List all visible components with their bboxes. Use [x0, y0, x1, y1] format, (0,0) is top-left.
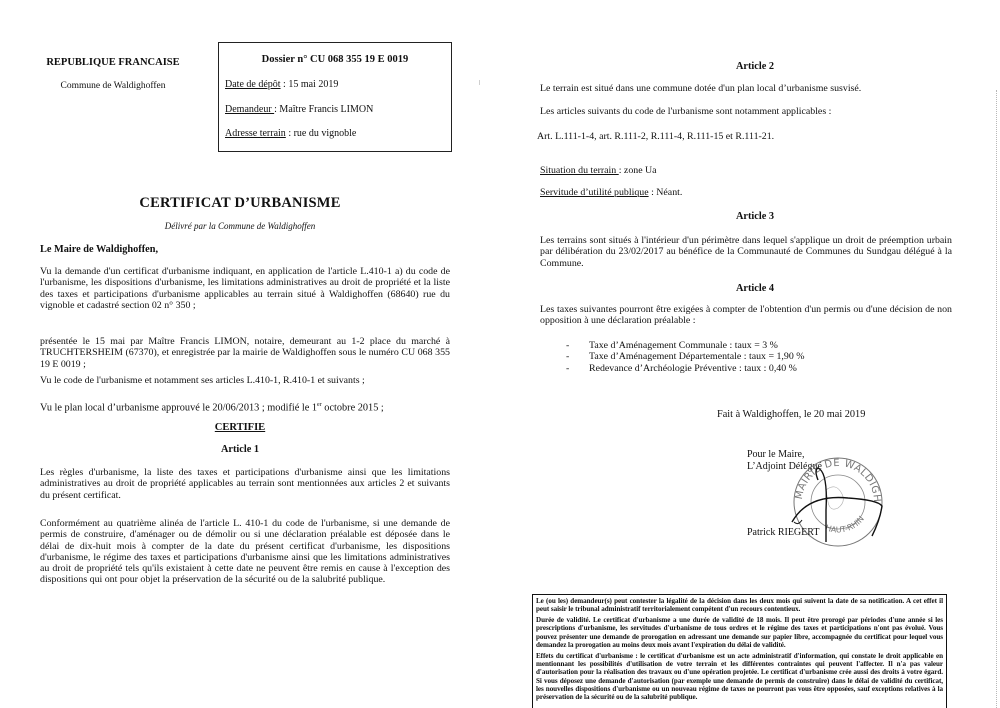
list-dash: -: [566, 363, 569, 374]
article-3-heading: Article 3: [520, 211, 990, 222]
tax-item-text: Taxe d’Aménagement Départementale : taux…: [589, 351, 804, 362]
address-value: : rue du vignoble: [286, 128, 357, 139]
article-4-heading: Article 4: [520, 283, 990, 294]
article-2-line-3: Art. L.111-1-4, art. R.111-2, R.111-4, R…: [537, 131, 949, 142]
republic-heading: REPUBLIQUE FRANCAISE: [43, 57, 183, 68]
appeal-notice: Le (ou les) demandeur(s) peut contester …: [536, 597, 943, 614]
tax-item: -Taxe d’Aménagement Départementale : tau…: [566, 351, 926, 362]
scan-edge-line: [996, 90, 997, 708]
svg-text:HAUT-RHIN: HAUT-RHIN: [824, 514, 866, 534]
paragraph-request: Vu la demande d'un certificat d'urbanism…: [40, 266, 450, 311]
list-dash: -: [566, 340, 569, 351]
validity-label: Durée de validité.: [536, 616, 590, 624]
site-situation-label: Situation du terrain: [540, 165, 619, 176]
paragraph-code: Vu le code de l'urbanisme et notamment s…: [40, 375, 450, 386]
scan-mark: [479, 80, 480, 85]
tax-list: -Taxe d’Aménagement Communale : taux = 3…: [566, 340, 926, 374]
address-row: Adresse terrain : rue du vignoble: [225, 128, 356, 139]
dossier-info-box: Dossier n° CU 068 355 19 E 0019 Date de …: [218, 42, 452, 152]
mayor-heading: Le Maire de Waldighoffen,: [40, 244, 450, 255]
article-1-heading: Article 1: [0, 444, 480, 455]
applicant-value: : Maître Francis LIMON: [274, 104, 373, 115]
list-dash: -: [566, 351, 569, 362]
article-2-line-2: Les articles suivants du code de l'urban…: [540, 106, 952, 117]
place-and-date: Fait à Waldighoffen, le 20 mai 2019: [717, 409, 865, 420]
plu-text-pre: Vu le plan local d’urbanisme approuvé le…: [40, 402, 317, 413]
document-title: CERTIFICAT D’URBANISME: [0, 195, 480, 212]
public-easement-label: Servitude d’utilité publique: [540, 187, 649, 198]
effects-label: Effets du certificat d'urbanisme :: [536, 652, 638, 660]
deposit-date-value: : 15 mai 2019: [281, 79, 339, 90]
paragraph-plu: Vu le plan local d’urbanisme approuvé le…: [40, 400, 450, 414]
site-situation-value: : zone Ua: [619, 165, 657, 176]
stamp-bottom-text: HAUT-RHIN: [824, 514, 866, 534]
certificate-page-left: REPUBLIQUE FRANCAISE Commune de Waldigho…: [0, 0, 500, 708]
validity-text: Le certificat d'urbanisme a une durée de…: [536, 616, 943, 649]
deposit-date-row: Date de dépôt : 15 mai 2019: [225, 79, 338, 90]
dossier-number: Dossier n° CU 068 355 19 E 0019: [219, 54, 451, 65]
effects-notice: Effets du certificat d'urbanisme : le ce…: [536, 652, 943, 702]
article-2-line-1: Le terrain est situé dans une commune do…: [540, 83, 952, 94]
plu-text-post: octobre 2015 ;: [322, 402, 384, 413]
deposit-date-label: Date de dépôt: [225, 79, 281, 90]
legal-notice-box: Le (ou les) demandeur(s) peut contester …: [532, 594, 947, 708]
document-subtitle: Délivré par la Commune de Waldighoffen: [0, 221, 480, 231]
article-2-heading: Article 2: [520, 61, 990, 72]
article-3-text: Les terrains sont situés à l'intérieur d…: [540, 235, 952, 269]
signatory-name: Patrick RIEGERT: [747, 527, 819, 538]
public-easement: Servitude d’utilité publique : Néant.: [540, 187, 952, 198]
applicant-label: Demandeur: [225, 104, 274, 115]
commune-name: Commune de Waldighoffen: [43, 81, 183, 91]
article-4-text: Les taxes suivantes pourront être exigée…: [540, 304, 952, 327]
article-1-paragraph-1: Les règles d'urbanisme, la liste des tax…: [40, 467, 450, 501]
applicant-row: Demandeur : Maître Francis LIMON: [225, 104, 373, 115]
effects-text: le certificat d'urbanisme est un acte ad…: [536, 652, 943, 701]
tax-item: -Redevance d’Archéologie Préventive : ta…: [566, 363, 926, 374]
article-1-paragraph-2: Conformément au quatrième alinéa de l'ar…: [40, 518, 450, 586]
tax-item: -Taxe d’Aménagement Communale : taux = 3…: [566, 340, 926, 351]
site-situation: Situation du terrain : zone Ua: [540, 165, 952, 176]
paragraph-presented: présentée le 15 mai par Maître Francis L…: [40, 336, 450, 370]
address-label: Adresse terrain: [225, 128, 286, 139]
public-easement-value: : Néant.: [649, 187, 683, 198]
tax-item-text: Taxe d’Aménagement Communale : taux = 3 …: [589, 340, 778, 351]
tax-item-text: Redevance d’Archéologie Préventive : tau…: [589, 363, 797, 374]
certifie-heading: CERTIFIE: [0, 422, 480, 433]
validity-notice: Durée de validité. Le certificat d'urban…: [536, 616, 943, 649]
